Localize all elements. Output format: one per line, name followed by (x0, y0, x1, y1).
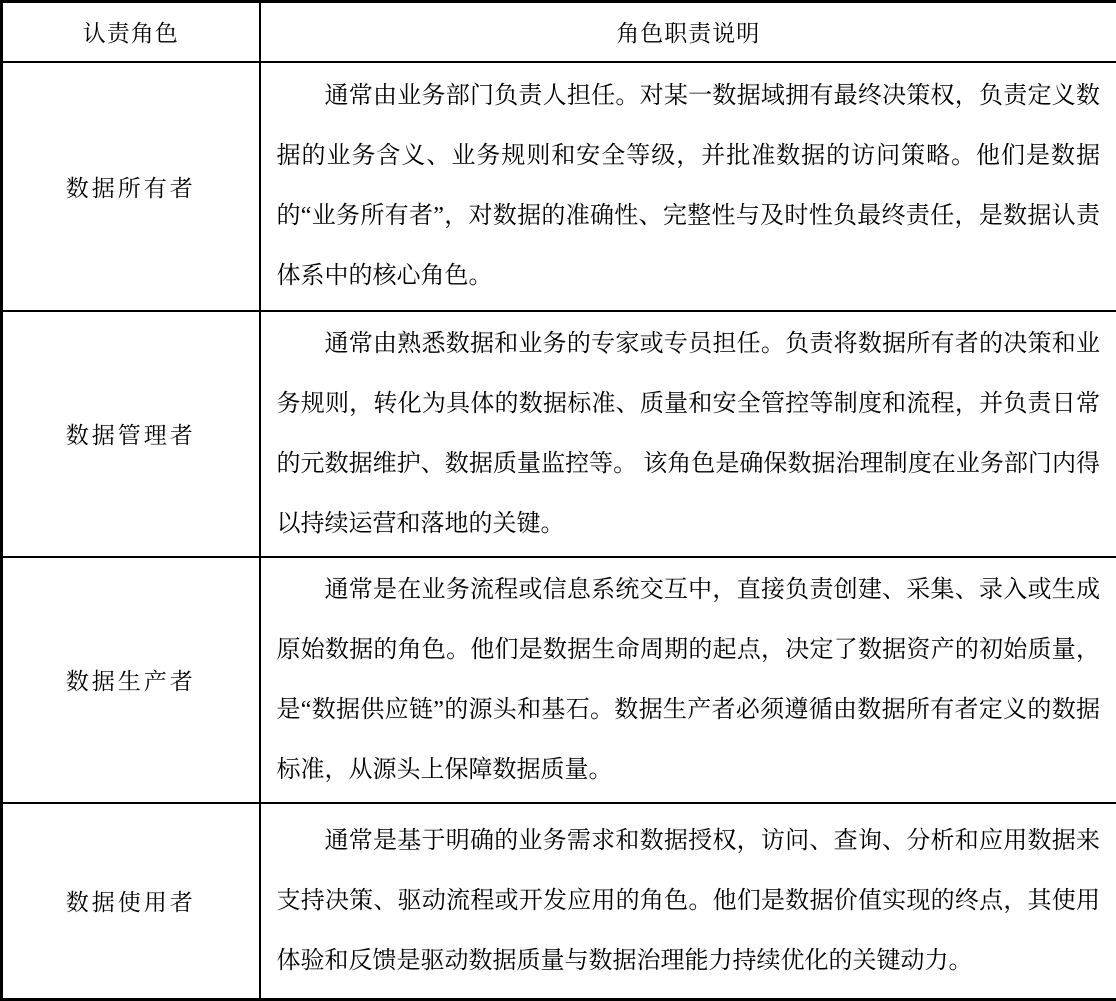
role-description-text: 通常是基于明确的业务需求和数据授权，访问、查询、分析和应用数据来支持决策、驱动流… (277, 811, 1101, 991)
responsibility-roles-table: 认责角色 角色职责说明 数据所有者 通常由业务部门负责人担任。对某一数据域拥有最… (0, 0, 1116, 1001)
role-name-data-owner: 数据所有者 (2, 62, 260, 311)
role-description-text: 通常由熟悉数据和业务的专家或专员担任。负责将数据所有者的决策和业务规则，转化为具… (277, 314, 1101, 554)
role-description-cell: 通常是基于明确的业务需求和数据授权，访问、查询、分析和应用数据来支持决策、驱动流… (260, 803, 1116, 1000)
table-row: 数据生产者 通常是在业务流程或信息系统交互中，直接负责创建、采集、录入或生成原始… (2, 557, 1116, 803)
role-description-cell: 通常由熟悉数据和业务的专家或专员担任。负责将数据所有者的决策和业务规则，转化为具… (260, 311, 1116, 557)
table-header-row: 认责角色 角色职责说明 (2, 2, 1116, 62)
table-row: 数据管理者 通常由熟悉数据和业务的专家或专员担任。负责将数据所有者的决策和业务规… (2, 311, 1116, 557)
table-row: 数据所有者 通常由业务部门负责人担任。对某一数据域拥有最终决策权，负责定义数据的… (2, 62, 1116, 311)
column-header-description: 角色职责说明 (260, 2, 1116, 62)
table-row: 数据使用者 通常是基于明确的业务需求和数据授权，访问、查询、分析和应用数据来支持… (2, 803, 1116, 1000)
column-header-role: 认责角色 (2, 2, 260, 62)
role-description-text: 通常是在业务流程或信息系统交互中，直接负责创建、采集、录入或生成原始数据的角色。… (277, 560, 1101, 800)
document-page: 认责角色 角色职责说明 数据所有者 通常由业务部门负责人担任。对某一数据域拥有最… (0, 0, 1116, 988)
role-description-cell: 通常由业务部门负责人担任。对某一数据域拥有最终决策权，负责定义数据的业务含义、业… (260, 62, 1116, 311)
role-name-data-producer: 数据生产者 (2, 557, 260, 803)
role-description-cell: 通常是在业务流程或信息系统交互中，直接负责创建、采集、录入或生成原始数据的角色。… (260, 557, 1116, 803)
role-name-data-user: 数据使用者 (2, 803, 260, 1000)
role-name-data-steward: 数据管理者 (2, 311, 260, 557)
role-description-text: 通常由业务部门负责人担任。对某一数据域拥有最终决策权，负责定义数据的业务含义、业… (277, 66, 1101, 306)
